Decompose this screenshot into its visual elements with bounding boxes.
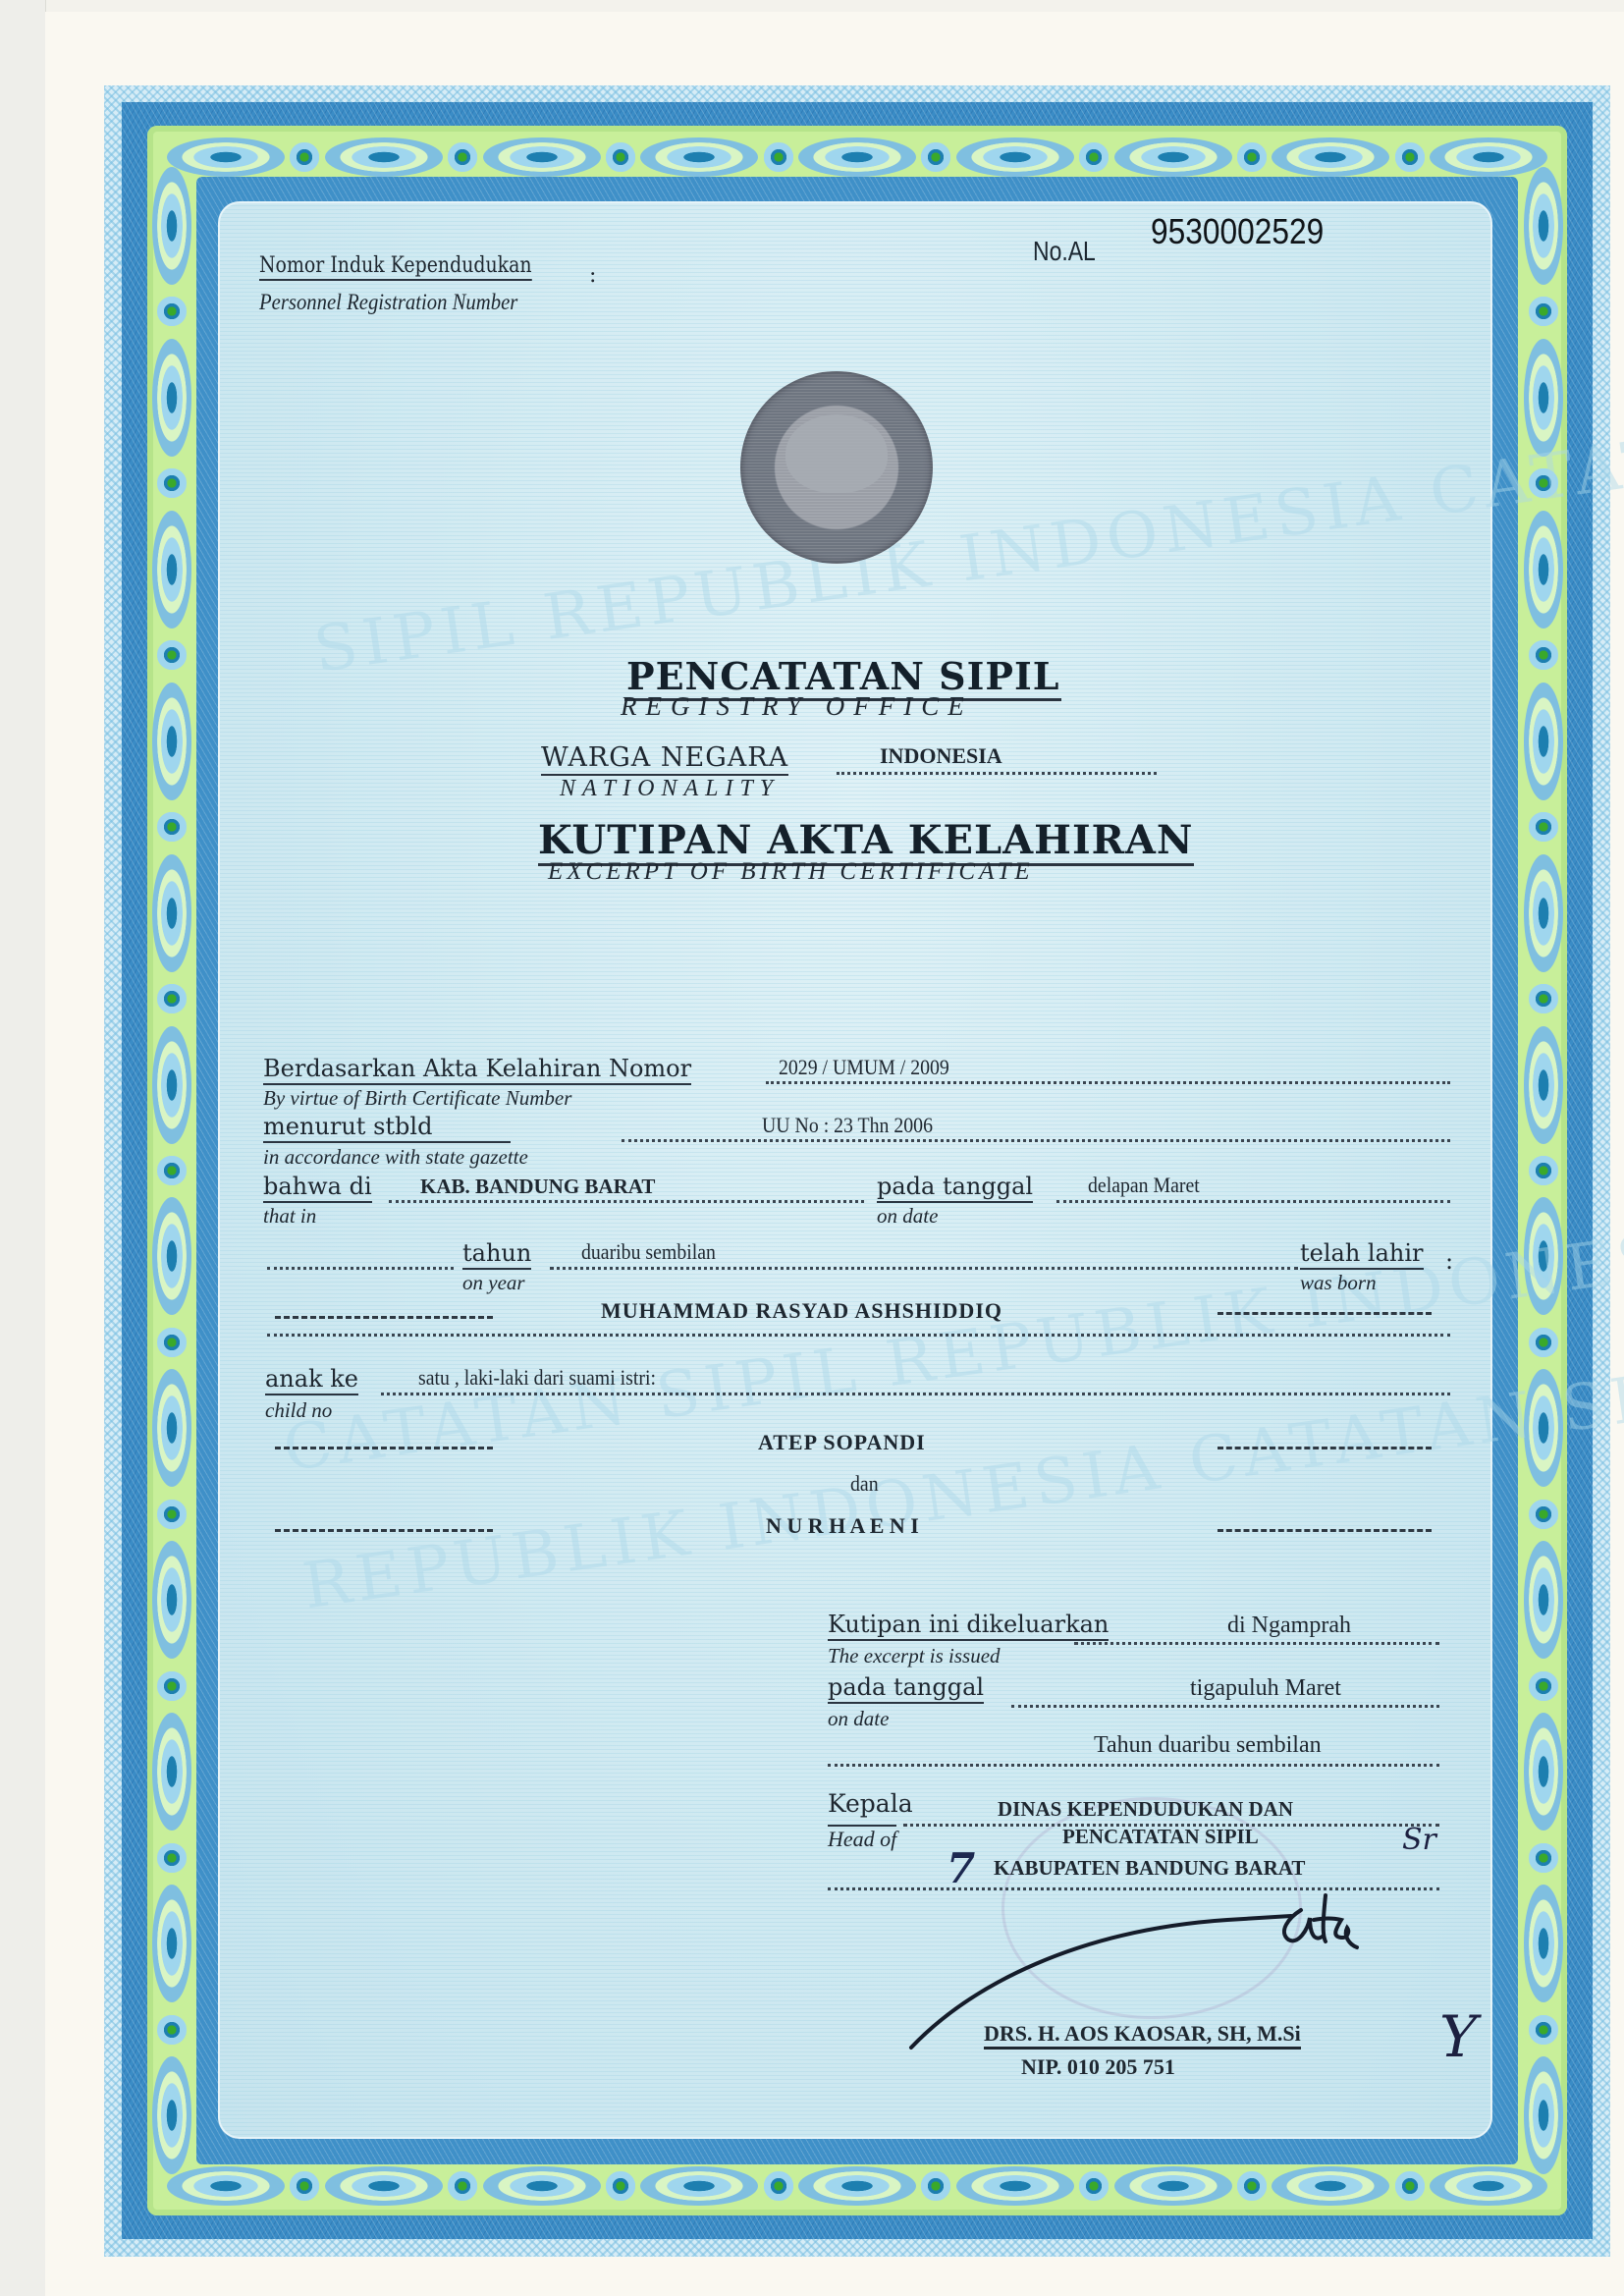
birthdate-dotted-line <box>1056 1200 1450 1203</box>
serial-number: 9530002529 <box>1151 211 1324 252</box>
ornament-eye-icon <box>325 2166 443 2206</box>
ornament-dot-icon <box>157 1667 187 1706</box>
ornament-eye-icon <box>152 2056 191 2174</box>
official-name: DRS. H. AOS KAOSAR, SH, M.Si <box>984 2021 1301 2050</box>
initial-mark: Y <box>1439 2003 1477 2070</box>
issued-year-value: Tahun duaribu sembilan <box>1094 1732 1322 1759</box>
ornament-eye-icon <box>325 137 443 177</box>
ornament-dot-icon <box>1529 1323 1558 1362</box>
ornament-eye-icon <box>956 2166 1074 2206</box>
year-prefix-dotted-line <box>267 1267 454 1270</box>
ornament-eye-icon <box>152 1197 191 1315</box>
ornament-eye-icon <box>1524 1713 1563 1831</box>
ornament-dot-icon <box>916 142 955 172</box>
ornament-dot-icon <box>1529 1838 1558 1878</box>
nik-label: Nomor Induk Kependudukan <box>259 253 532 281</box>
ornament-column-left <box>152 167 191 2174</box>
nationality-value: INDONESIA <box>880 743 1002 769</box>
issued-place: di Ngamprah <box>1227 1613 1351 1639</box>
ornament-eye-icon <box>152 1369 191 1487</box>
ornament-eye-icon <box>152 1026 191 1144</box>
ornament-dot-icon <box>1232 142 1272 172</box>
head-label-en: Head of <box>828 1825 896 1852</box>
ornament-eye-icon <box>1272 137 1389 177</box>
garuda-icon <box>785 414 888 493</box>
nationality-label: WARGA NEGARA <box>541 742 788 776</box>
cert-number-dotted-line <box>766 1081 1450 1084</box>
father-right-dash <box>1218 1447 1432 1449</box>
ornament-dot-icon <box>1529 979 1558 1018</box>
ornament-dot-icon <box>285 142 324 172</box>
serial-prefix: No.AL <box>1033 236 1096 267</box>
cert-number-label-en: By virtue of Birth Certificate Number <box>263 1086 571 1111</box>
ornament-eye-icon <box>152 1541 191 1659</box>
ornament-eye-icon <box>152 854 191 972</box>
ornament-dot-icon <box>1390 142 1430 172</box>
ornament-dot-icon <box>1074 2171 1113 2201</box>
ornament-dot-icon <box>1232 2171 1272 2201</box>
and-word: dan <box>850 1471 879 1497</box>
nationality-dotted-line <box>837 772 1157 775</box>
child-name: MUHAMMAD RASYAD ASHSHIDDIQ <box>601 1298 1002 1324</box>
mother-left-dash <box>275 1529 493 1532</box>
born-label-en: was born <box>1300 1271 1377 1295</box>
born-colon: : <box>1445 1247 1453 1275</box>
ornament-dot-icon <box>601 142 640 172</box>
father-name: ATEP SOPANDI <box>758 1430 926 1455</box>
child-order-value: satu , laki-laki dari suami istri: <box>418 1365 656 1391</box>
ornament-dot-icon <box>443 142 482 172</box>
child-order-dotted-line <box>381 1393 1450 1395</box>
document-title-en: EXCERPT OF BIRTH CERTIFICATE <box>548 858 1034 886</box>
ornament-dot-icon <box>1074 142 1113 172</box>
birthyear-label-en: on year <box>462 1271 525 1295</box>
office-line-2: PENCATATAN SIPIL <box>1062 1825 1259 1849</box>
issued-date-label-en: on date <box>828 1707 889 1731</box>
ornament-dot-icon <box>157 807 187 847</box>
ornament-eye-icon <box>1114 2166 1232 2206</box>
ornament-dot-icon <box>759 2171 798 2201</box>
issued-date-value: tigapuluh Maret <box>1190 1675 1341 1702</box>
ornament-eye-icon <box>956 137 1074 177</box>
nationality-label-en: NATIONALITY <box>560 776 780 802</box>
ornament-dot-icon <box>1390 2171 1430 2201</box>
father-left-dash <box>275 1447 493 1449</box>
born-label: telah lahir <box>1300 1239 1424 1270</box>
ornament-dot-icon <box>601 2171 640 2201</box>
birthdate-label-en: on date <box>877 1204 938 1229</box>
ornament-dot-icon <box>1529 635 1558 675</box>
official-nip: NIP. 010 205 751 <box>1021 2054 1175 2080</box>
ornament-dot-icon <box>759 142 798 172</box>
birthyear-label: tahun <box>462 1239 531 1270</box>
ornament-dot-icon <box>1529 2010 1558 2050</box>
birthdate-label: pada tanggal <box>877 1173 1033 1203</box>
birthyear-dotted-line <box>550 1267 1298 1270</box>
ornament-eye-icon <box>483 2166 601 2206</box>
birthdate-value: delapan Maret <box>1088 1173 1200 1198</box>
issued-place-dotted-line <box>1074 1642 1439 1645</box>
watermark-line: SIPIL REPUBLIK INDONESIA CATATAN SIPIL <box>309 377 1624 687</box>
nik-label-en: Personnel Registration Number <box>259 290 517 315</box>
name-right-dash <box>1218 1312 1432 1315</box>
birthplace-value: KAB. BANDUNG BARAT <box>420 1175 655 1199</box>
ornament-eye-icon <box>1524 2056 1563 2174</box>
office-line-1: DINAS KEPENDUDUKAN DAN <box>998 1797 1293 1822</box>
ornament-dot-icon <box>157 1323 187 1362</box>
ornament-eye-icon <box>798 2166 916 2206</box>
scan-edge <box>0 0 46 2296</box>
ornament-dot-icon <box>157 292 187 331</box>
ornament-dot-icon <box>157 2010 187 2050</box>
ornament-eye-icon <box>1114 137 1232 177</box>
ornament-eye-icon <box>798 137 916 177</box>
ornament-dot-icon <box>285 2171 324 2201</box>
office-title-en: REGISTRY OFFICE <box>621 691 973 722</box>
gazette-value: UU No : 23 Thn 2006 <box>762 1113 933 1138</box>
ornament-row-top <box>167 137 1547 177</box>
ornament-eye-icon <box>152 683 191 800</box>
ornament-dot-icon <box>157 979 187 1018</box>
ornament-dot-icon <box>1529 292 1558 331</box>
gazette-label-en: in accordance with state gazette <box>263 1145 528 1170</box>
child-order-label: anak ke <box>265 1365 358 1395</box>
name-left-dash <box>275 1316 493 1319</box>
issued-year-dotted-line <box>828 1764 1439 1767</box>
ornament-eye-icon <box>152 339 191 457</box>
ornament-dot-icon <box>1529 807 1558 847</box>
ornament-dot-icon <box>157 635 187 675</box>
ornament-eye-icon <box>640 137 758 177</box>
ornament-dot-icon <box>1529 1151 1558 1190</box>
ornament-dot-icon <box>443 2171 482 2201</box>
ornament-eye-icon <box>1524 1885 1563 2002</box>
initial-mark: 7 <box>947 1844 975 1892</box>
office-line-3: KABUPATEN BANDUNG BARAT <box>994 1856 1305 1881</box>
ornament-dot-icon <box>157 1495 187 1534</box>
ornament-eye-icon <box>483 137 601 177</box>
ornament-dot-icon <box>157 464 187 503</box>
ornament-dot-icon <box>157 1151 187 1190</box>
issued-label-en: The excerpt is issued <box>828 1644 1001 1668</box>
ornament-eye-icon <box>1524 511 1563 629</box>
child-order-label-en: child no <box>265 1398 332 1423</box>
ornament-eye-icon <box>1272 2166 1389 2206</box>
ornament-row-bottom <box>167 2166 1547 2206</box>
ornament-eye-icon <box>640 2166 758 2206</box>
cert-number-value: 2029 / UMUM / 2009 <box>779 1055 949 1080</box>
nik-colon: : <box>589 263 596 288</box>
ornament-eye-icon <box>1524 167 1563 285</box>
ornament-eye-icon <box>1524 1541 1563 1659</box>
ornament-eye-icon <box>1524 1026 1563 1144</box>
garuda-emblem-hologram <box>740 371 933 564</box>
birthyear-value: duaribu sembilan <box>581 1239 716 1265</box>
issued-label: Kutipan ini dikeluarkan <box>828 1611 1109 1641</box>
issued-date-dotted-line <box>1011 1705 1439 1708</box>
ornament-eye-icon <box>152 1713 191 1831</box>
birthplace-dotted-line <box>389 1200 864 1203</box>
ornament-dot-icon <box>916 2171 955 2201</box>
ornament-dot-icon <box>1529 1667 1558 1706</box>
ornament-eye-icon <box>1524 683 1563 800</box>
issued-date-label: pada tanggal <box>828 1673 984 1704</box>
ornament-dot-icon <box>157 1838 187 1878</box>
birthplace-label-en: that in <box>263 1204 316 1229</box>
cert-number-label: Berdasarkan Akta Kelahiran Nomor <box>263 1055 691 1085</box>
ornament-eye-icon <box>152 167 191 285</box>
ornament-eye-icon <box>152 1885 191 2002</box>
mother-right-dash <box>1218 1529 1432 1532</box>
ornament-dot-icon <box>1529 1495 1558 1534</box>
head-label: Kepala <box>828 1789 913 1818</box>
name-dotted-line <box>267 1334 1450 1337</box>
initial-mark: Sr <box>1402 1823 1436 1857</box>
mother-name: N U R H A E N I <box>766 1513 919 1539</box>
gazette-label: menurut stbld <box>263 1113 511 1143</box>
ornament-eye-icon <box>152 511 191 629</box>
gazette-dotted-line <box>622 1139 1450 1142</box>
birthplace-label: bahwa di <box>263 1173 372 1203</box>
ornament-eye-icon <box>1524 854 1563 972</box>
